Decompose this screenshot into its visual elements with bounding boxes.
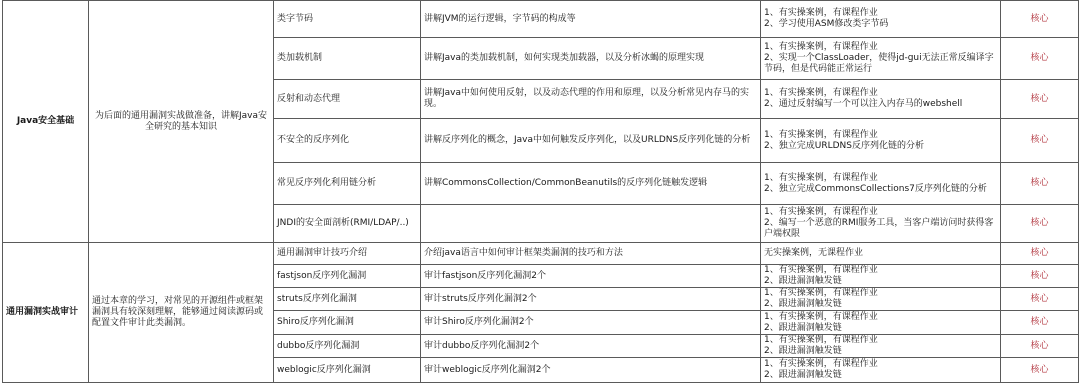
content-cell: 讲解JVM的运行逻辑，字节码的构成等 (421, 1, 761, 38)
content-cell: 讲解Java中如何使用反射，以及动态代理的作用和原理，以及分析常见内存马的实现。 (421, 80, 761, 119)
practice-cell: 1、有实操案例，有课程作业 2、实现一个ClassLoader，使得jd-gui… (761, 38, 1001, 80)
topic-cell: struts反序列化漏洞 (274, 288, 421, 311)
level-badge: 核心 (1001, 335, 1079, 358)
content-cell: 介绍java语言中如何审计框架类漏洞的技巧和方法 (421, 243, 761, 265)
level-badge: 核心 (1001, 288, 1079, 311)
content-cell: 审计dubbo反序列化漏洞2个 (421, 335, 761, 358)
topic-cell: JNDI的安全面剖析(RMI/LDAP/..) (274, 205, 421, 243)
module-title: 通用漏洞实战审计 (3, 243, 89, 383)
table-row: Java安全基础 为后面的通用漏洞实战做准备，讲解Java安全研究的基本知识 类… (3, 1, 1079, 38)
practice-cell: 1、有实操案例，有课程作业 2、通过反射编写一个可以注入内存马的webshell (761, 80, 1001, 119)
content-cell: 讲解CommonsCollection/CommonBeanutils的反序列化… (421, 163, 761, 205)
content-cell: 讲解反序列化的概念，Java中如何触发反序列化，以及URLDNS反序列化链的分析 (421, 119, 761, 163)
module-summary: 为后面的通用漏洞实战做准备，讲解Java安全研究的基本知识 (89, 1, 274, 243)
topic-cell: weblogic反序列化漏洞 (274, 358, 421, 383)
topic-cell: dubbo反序列化漏洞 (274, 335, 421, 358)
topic-cell: 常见反序列化利用链分析 (274, 163, 421, 205)
level-badge: 核心 (1001, 205, 1079, 243)
level-badge: 核心 (1001, 243, 1079, 265)
topic-cell: Shiro反序列化漏洞 (274, 311, 421, 335)
practice-cell: 1、有实操案例，有课程作业 2、跟进漏洞触发链 (761, 265, 1001, 288)
practice-cell: 1、有实操案例，有课程作业 2、独立完成URLDNS反序列化链的分析 (761, 119, 1001, 163)
topic-cell: 类加载机制 (274, 38, 421, 80)
level-badge: 核心 (1001, 38, 1079, 80)
topic-cell: 反射和动态代理 (274, 80, 421, 119)
level-badge: 核心 (1001, 1, 1079, 38)
practice-cell: 1、有实操案例，有课程作业 2、学习使用ASM修改类字节码 (761, 1, 1001, 38)
practice-cell: 1、有实操案例，有课程作业 2、跟进漏洞触发链 (761, 311, 1001, 335)
practice-cell: 1、有实操案例，有课程作业 2、独立完成CommonsCollections7反… (761, 163, 1001, 205)
level-badge: 核心 (1001, 311, 1079, 335)
practice-cell: 1、有实操案例，有课程作业 2、编写一个恶意的RMI服务工具，当客户端访问时获得… (761, 205, 1001, 243)
curriculum-table: Java安全基础 为后面的通用漏洞实战做准备，讲解Java安全研究的基本知识 类… (2, 0, 1079, 383)
topic-cell: 类字节码 (274, 1, 421, 38)
content-cell: 审计fastjson反序列化漏洞2个 (421, 265, 761, 288)
topic-cell: 不安全的反序列化 (274, 119, 421, 163)
topic-cell: 通用漏洞审计技巧介绍 (274, 243, 421, 265)
level-badge: 核心 (1001, 119, 1079, 163)
module-title: Java安全基础 (3, 1, 89, 243)
topic-cell: fastjson反序列化漏洞 (274, 265, 421, 288)
module-summary: 通过本章的学习，对常见的开源组件或框架漏洞具有较深刻理解，能够通过阅读源码或配置… (89, 243, 274, 383)
content-cell: 审计struts反序列化漏洞2个 (421, 288, 761, 311)
level-badge: 核心 (1001, 358, 1079, 383)
practice-cell: 1、有实操案例，有课程作业 2、跟进漏洞触发链 (761, 288, 1001, 311)
content-cell (421, 205, 761, 243)
practice-cell: 无实操案例，无课程作业 (761, 243, 1001, 265)
content-cell: 审计weblogic反序列化漏洞2个 (421, 358, 761, 383)
practice-cell: 1、有实操案例，有课程作业 2、跟进漏洞触发链 (761, 358, 1001, 383)
level-badge: 核心 (1001, 163, 1079, 205)
practice-cell: 1、有实操案例，有课程作业 2、跟进漏洞触发链 (761, 335, 1001, 358)
level-badge: 核心 (1001, 80, 1079, 119)
level-badge: 核心 (1001, 265, 1079, 288)
table-row: 通用漏洞实战审计 通过本章的学习，对常见的开源组件或框架漏洞具有较深刻理解，能够… (3, 243, 1079, 265)
content-cell: 讲解Java的类加载机制，如何实现类加载器，以及分析冰蝎的原理实现 (421, 38, 761, 80)
content-cell: 审计Shiro反序列化漏洞2个 (421, 311, 761, 335)
